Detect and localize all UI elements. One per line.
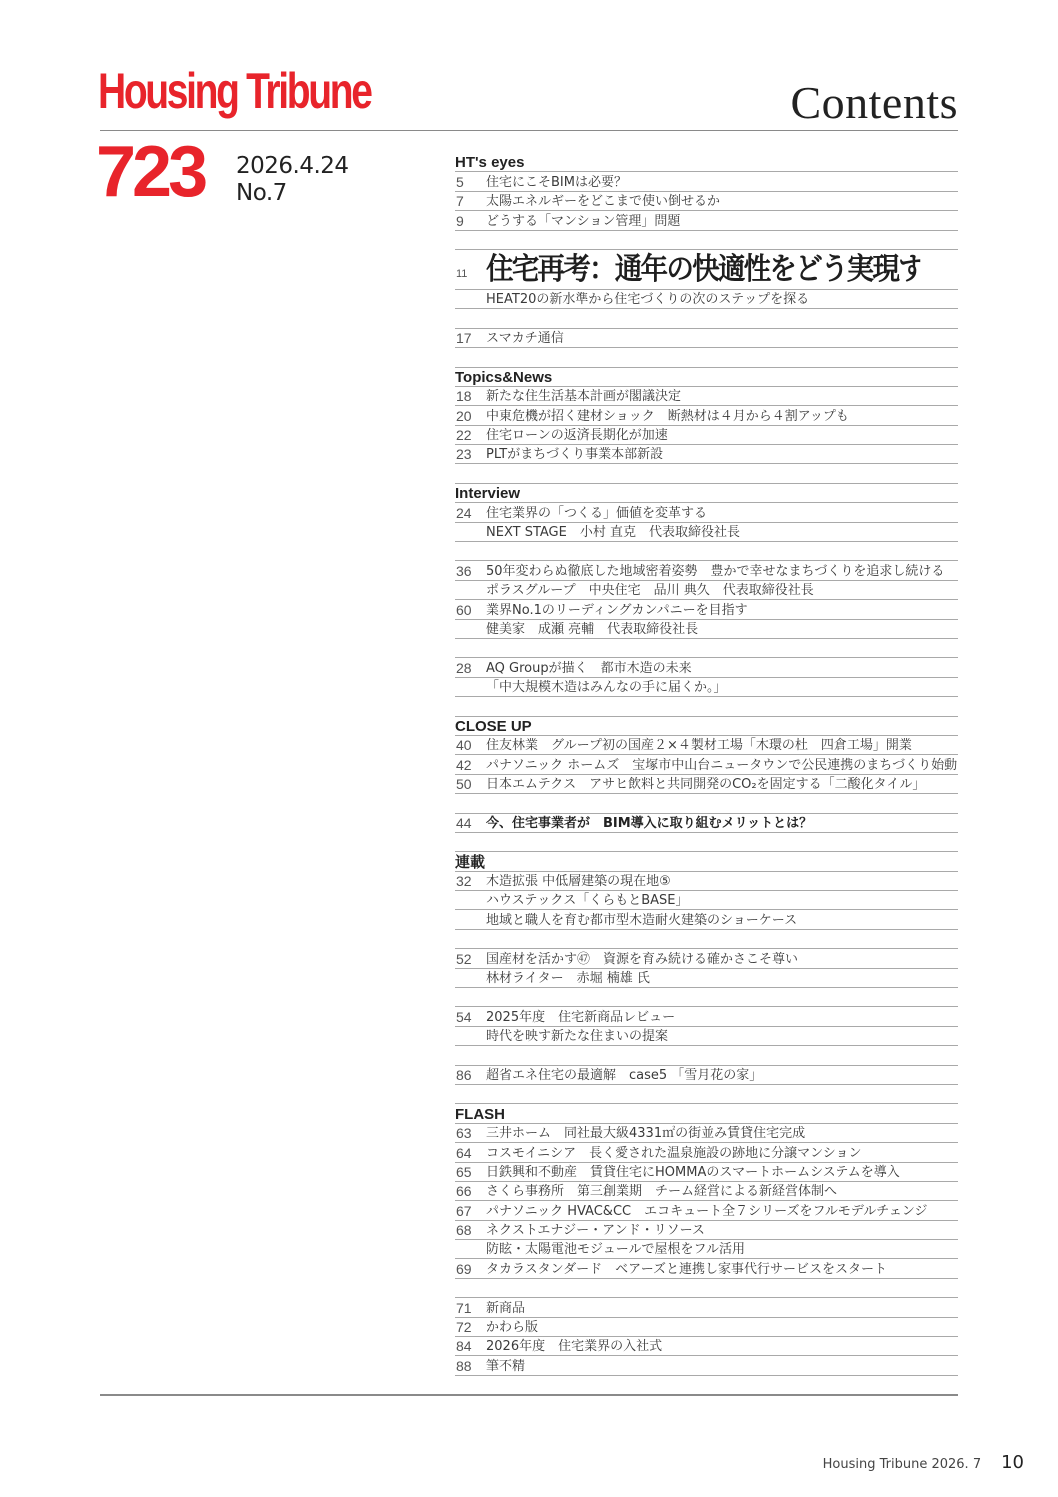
footer-publication: Housing Tribune 2026. 7 bbox=[823, 1457, 981, 1472]
toc-section-header: FLASH bbox=[455, 1104, 958, 1123]
toc-entry[interactable]: 50日本エムテクス アサヒ飲料と共同開発のCO₂を固定する「二酸化タイル」 bbox=[455, 775, 958, 794]
toc-entry-title: 防眩・太陽電池モジュールで屋根をフル活用 bbox=[486, 1241, 958, 1258]
toc-page-number: 54 bbox=[455, 1009, 486, 1026]
toc-page-number: 66 bbox=[455, 1183, 486, 1200]
toc-page-number: 20 bbox=[455, 408, 486, 425]
toc-page-number: 42 bbox=[455, 757, 486, 774]
toc-entry[interactable]: 42パナソニック ホームズ 宝塚市中山台ニュータウンで公民連携のまちづくり始動 bbox=[455, 755, 958, 774]
section-label: CLOSE UP bbox=[455, 718, 958, 735]
toc-entry-title: NEXT STAGE 小村 直克 代表取締役社長 bbox=[486, 524, 958, 541]
table-of-contents: HT's eyes5住宅にこそBIMは必要？7太陽エネルギーをどこまで使い倒せる… bbox=[455, 153, 958, 1376]
toc-entry[interactable]: 54 2025年度 住宅新商品レビュー bbox=[455, 1007, 958, 1026]
toc-subtitle[interactable]: 「中大規模木造はみんなの手に届くか。」 bbox=[455, 678, 958, 697]
toc-page-number: 71 bbox=[455, 1300, 486, 1317]
toc-entry-title: かわら版 bbox=[486, 1319, 958, 1336]
toc-spacer bbox=[455, 930, 958, 949]
toc-entry-title: HEAT20の新水準から住宅づくりの次のステップを探る bbox=[486, 291, 958, 308]
toc-entry-title: ポラスグループ 中央住宅 品川 典久 代表取締役社長 bbox=[486, 582, 958, 599]
toc-entry[interactable]: 9どうする「マンション管理」問題 bbox=[455, 211, 958, 230]
toc-entry-title: パナソニック HVAC&CC エコキュート全７シリーズをフルモデルチェンジ bbox=[486, 1203, 958, 1220]
toc-entry-title: 住宅にこそBIMは必要？ bbox=[486, 174, 958, 191]
section-label: Interview bbox=[455, 485, 958, 502]
toc-subtitle[interactable]: 地域と職人を育む都市型木造耐火建築のショーケース bbox=[455, 910, 958, 929]
toc-page-number: 23 bbox=[455, 446, 486, 463]
toc-entry-title: 国産材を活かす㊼ 資源を育み続ける確かさこそ尊い bbox=[486, 951, 958, 968]
toc-entry-title: タカラスタンダード ベアーズと連携し家事代行サービスをスタート bbox=[486, 1261, 958, 1278]
toc-subtitle[interactable]: 時代を映す新たな住まいの提案 bbox=[455, 1027, 958, 1046]
toc-spacer bbox=[455, 231, 958, 250]
toc-entry[interactable]: 18新たな住生活基本計画が閣議決定 bbox=[455, 387, 958, 406]
toc-entry[interactable]: 52国産材を活かす㊼ 資源を育み続ける確かさこそ尊い bbox=[455, 949, 958, 968]
toc-entry-title: 2026年度 住宅業界の入社式 bbox=[486, 1338, 958, 1355]
toc-page-number: 11 bbox=[455, 266, 486, 289]
toc-page-number: 28 bbox=[455, 660, 486, 677]
toc-spacer bbox=[455, 988, 958, 1007]
toc-subtitle[interactable]: 防眩・太陽電池モジュールで屋根をフル活用 bbox=[455, 1240, 958, 1259]
toc-subtitle[interactable]: HEAT20の新水準から住宅づくりの次のステップを探る bbox=[455, 290, 958, 309]
toc-entry-title: 住宅再考：通年の快適性をどう実現するか bbox=[486, 251, 920, 289]
toc-entry-title: 超省エネ住宅の最適解 case5 「雪月花の家」 bbox=[486, 1067, 958, 1084]
toc-page-number: 24 bbox=[455, 505, 486, 522]
toc-entry[interactable]: 5住宅にこそBIMは必要？ bbox=[455, 172, 958, 191]
footer-divider bbox=[100, 1394, 958, 1396]
toc-entry[interactable]: 60業界No.1のリーディングカンパニーを目指す bbox=[455, 600, 958, 619]
toc-entry-title: スマカチ通信 bbox=[486, 330, 958, 347]
toc-entry[interactable]: 32木造拡張 中低層建築の現在地⑤ bbox=[455, 872, 958, 891]
toc-spacer bbox=[455, 1085, 958, 1104]
toc-entry-title: どうする「マンション管理」問題 bbox=[486, 213, 958, 230]
page-footer: Housing Tribune 2026. 7 10 bbox=[823, 1452, 1024, 1473]
toc-entry[interactable]: 24住宅業界の「つくる」価値を変革する bbox=[455, 503, 958, 522]
toc-spacer bbox=[455, 542, 958, 561]
toc-page-number: 86 bbox=[455, 1067, 486, 1084]
toc-page-number: 67 bbox=[455, 1203, 486, 1220]
toc-page-number: 17 bbox=[455, 330, 486, 347]
toc-entry-title: パナソニック ホームズ 宝塚市中山台ニュータウンで公民連携のまちづくり始動 bbox=[486, 757, 958, 774]
toc-entry[interactable]: 63三井ホーム 同社最大級4331㎡の街並み賃貸住宅完成 bbox=[455, 1124, 958, 1143]
toc-entry[interactable]: 28AQ Groupが描く 都市木造の未来 bbox=[455, 658, 958, 677]
toc-entry-title: ハウステックス「くらもとBASE」 bbox=[486, 892, 958, 909]
toc-spacer bbox=[455, 833, 958, 852]
toc-section-header: Topics&News bbox=[455, 368, 958, 387]
toc-entry[interactable]: 22住宅ローンの返済長期化が加速 bbox=[455, 426, 958, 445]
toc-entry-title: コスモイニシア 長く愛された温泉施設の跡地に分譲マンション bbox=[486, 1145, 958, 1162]
toc-page-number: 69 bbox=[455, 1261, 486, 1278]
housing-tribune-logo: Housing Tribune bbox=[98, 60, 371, 122]
toc-entry[interactable]: 86超省エネ住宅の最適解 case5 「雪月花の家」 bbox=[455, 1066, 958, 1085]
toc-entry-title: ネクストエナジー・アンド・リソース bbox=[486, 1222, 958, 1239]
toc-entry[interactable]: 71新商品 bbox=[455, 1298, 958, 1317]
toc-page-number: 72 bbox=[455, 1319, 486, 1336]
toc-section-header: HT's eyes bbox=[455, 153, 958, 172]
toc-entry[interactable]: 72かわら版 bbox=[455, 1318, 958, 1337]
issue-number: 723 bbox=[96, 136, 204, 208]
toc-entry[interactable]: 68ネクストエナジー・アンド・リソース bbox=[455, 1221, 958, 1240]
toc-section-header: Interview bbox=[455, 484, 958, 503]
toc-entry[interactable]: 64コスモイニシア 長く愛された温泉施設の跡地に分譲マンション bbox=[455, 1143, 958, 1162]
toc-spacer bbox=[455, 309, 958, 328]
toc-page-number: 32 bbox=[455, 873, 486, 890]
toc-entry-title: 筆不精 bbox=[486, 1358, 958, 1375]
toc-entry[interactable]: 88筆不精 bbox=[455, 1356, 958, 1375]
section-label: 連載 bbox=[455, 854, 958, 871]
toc-entry[interactable]: 44今、住宅事業者が BIM導入に取り組むメリットとは？ bbox=[455, 814, 958, 833]
toc-spacer bbox=[455, 348, 958, 367]
toc-spacer bbox=[455, 794, 958, 813]
toc-spacer bbox=[455, 697, 958, 716]
toc-entry[interactable]: 20中東危機が招く建材ショック 断熱材は４月から４割アップも bbox=[455, 406, 958, 425]
toc-entry-title: 三井ホーム 同社最大級4331㎡の街並み賃貸住宅完成 bbox=[486, 1125, 958, 1142]
toc-page-number: 68 bbox=[455, 1222, 486, 1239]
page-number: 10 bbox=[1001, 1452, 1024, 1473]
toc-entry-title: 日本エムテクス アサヒ飲料と共同開発のCO₂を固定する「二酸化タイル」 bbox=[486, 776, 958, 793]
toc-spacer bbox=[455, 1279, 958, 1298]
toc-entry-title: 中東危機が招く建材ショック 断熱材は４月から４割アップも bbox=[486, 408, 958, 425]
toc-page-number: 52 bbox=[455, 951, 486, 968]
toc-entry[interactable]: 69タカラスタンダード ベアーズと連携し家事代行サービスをスタート bbox=[455, 1259, 958, 1278]
toc-page-number: 50 bbox=[455, 776, 486, 793]
toc-entry[interactable]: 67パナソニック HVAC&CC エコキュート全７シリーズをフルモデルチェンジ bbox=[455, 1201, 958, 1220]
toc-spacer bbox=[455, 464, 958, 483]
toc-page-number: 44 bbox=[455, 815, 486, 832]
header-divider bbox=[100, 130, 958, 131]
toc-spacer bbox=[455, 639, 958, 658]
toc-page-number: 22 bbox=[455, 427, 486, 444]
toc-page-number: 36 bbox=[455, 563, 486, 580]
toc-entry-title: 日鉄興和不動産 賃貸住宅にHOMMAのスマートホームシステムを導入 bbox=[486, 1164, 958, 1181]
toc-entry-title: 健美家 成瀬 亮輔 代表取締役社長 bbox=[486, 621, 958, 638]
section-label: HT's eyes bbox=[455, 154, 958, 171]
toc-page-number: 18 bbox=[455, 388, 486, 405]
toc-subtitle[interactable]: 林材ライター 赤堀 楠雄 氏 bbox=[455, 969, 958, 988]
toc-page-number: 84 bbox=[455, 1338, 486, 1355]
toc-entry-title: 住宅ローンの返済長期化が加速 bbox=[486, 427, 958, 444]
toc-entry[interactable]: 842026年度 住宅業界の入社式 bbox=[455, 1337, 958, 1356]
toc-entry-title: 太陽エネルギーをどこまで使い倒せるか bbox=[486, 193, 958, 210]
issue-no: No.7 bbox=[236, 180, 287, 206]
toc-entry-title: 木造拡張 中低層建築の現在地⑤ bbox=[486, 873, 958, 890]
toc-page-number: 64 bbox=[455, 1145, 486, 1162]
toc-entry[interactable]: 11住宅再考：通年の快適性をどう実現するか bbox=[455, 250, 958, 290]
toc-entry-title: 2025年度 住宅新商品レビュー bbox=[486, 1009, 958, 1026]
issue-date: 2026.4.24 bbox=[236, 153, 349, 179]
toc-entry[interactable]: 7太陽エネルギーをどこまで使い倒せるか bbox=[455, 192, 958, 211]
toc-entry-title: 時代を映す新たな住まいの提案 bbox=[486, 1028, 958, 1045]
toc-entry-title: 住宅業界の「つくる」価値を変革する bbox=[486, 505, 958, 522]
toc-subtitle[interactable]: ポラスグループ 中央住宅 品川 典久 代表取締役社長 bbox=[455, 581, 958, 600]
toc-page-number: 65 bbox=[455, 1164, 486, 1181]
toc-page-number: 9 bbox=[455, 213, 486, 230]
toc-entry[interactable]: 40住友林業 グループ初の国産２×４製材工場「木環の杜 四倉工場」開業 bbox=[455, 736, 958, 755]
toc-subtitle[interactable]: ハウステックス「くらもとBASE」 bbox=[455, 891, 958, 910]
toc-entry-title: 新商品 bbox=[486, 1300, 958, 1317]
toc-section-header: CLOSE UP bbox=[455, 717, 958, 736]
toc-entry[interactable]: 65日鉄興和不動産 賃貸住宅にHOMMAのスマートホームシステムを導入 bbox=[455, 1163, 958, 1182]
toc-subtitle[interactable]: NEXT STAGE 小村 直克 代表取締役社長 bbox=[455, 523, 958, 542]
toc-entry[interactable]: 23PLTがまちづくり事業本部新設 bbox=[455, 445, 958, 464]
toc-subtitle[interactable]: 健美家 成瀬 亮輔 代表取締役社長 bbox=[455, 620, 958, 639]
toc-section-header: 連載 bbox=[455, 852, 958, 871]
toc-page-number: 7 bbox=[455, 193, 486, 210]
toc-page-number: 60 bbox=[455, 602, 486, 619]
toc-spacer bbox=[455, 1046, 958, 1065]
toc-entry[interactable]: 3650年変わらぬ徹底した地域密着姿勢 豊かで幸せなまちづくりを追求し続ける bbox=[455, 561, 958, 580]
toc-page-number: 40 bbox=[455, 737, 486, 754]
toc-entry-title: 「中大規模木造はみんなの手に届くか。」 bbox=[486, 679, 958, 696]
toc-entry-title: 新たな住生活基本計画が閣議決定 bbox=[486, 388, 958, 405]
toc-entry-title: 業界No.1のリーディングカンパニーを目指す bbox=[486, 602, 958, 619]
toc-entry-title: 今、住宅事業者が BIM導入に取り組むメリットとは？ bbox=[486, 815, 958, 832]
toc-page-number: 63 bbox=[455, 1125, 486, 1142]
toc-entry-title: 住友林業 グループ初の国産２×４製材工場「木環の杜 四倉工場」開業 bbox=[486, 737, 958, 754]
toc-entry-title: 50年変わらぬ徹底した地域密着姿勢 豊かで幸せなまちづくりを追求し続ける bbox=[486, 563, 958, 580]
page-title: Contents bbox=[790, 78, 958, 128]
toc-entry-title: さくら事務所 第三創業期 チーム経営による新経営体制へ bbox=[486, 1183, 958, 1200]
toc-page-number: 5 bbox=[455, 174, 486, 191]
toc-entry-title: PLTがまちづくり事業本部新設 bbox=[486, 446, 958, 463]
toc-page-number: 88 bbox=[455, 1358, 486, 1375]
toc-entry-title: AQ Groupが描く 都市木造の未来 bbox=[486, 660, 958, 677]
toc-entry[interactable]: 17スマカチ通信 bbox=[455, 329, 958, 348]
toc-entry-title: 林材ライター 赤堀 楠雄 氏 bbox=[486, 970, 958, 987]
toc-entry-title: 地域と職人を育む都市型木造耐火建築のショーケース bbox=[486, 912, 958, 929]
section-label: Topics&News bbox=[455, 369, 958, 386]
section-label: FLASH bbox=[455, 1106, 958, 1123]
toc-entry[interactable]: 66さくら事務所 第三創業期 チーム経営による新経営体制へ bbox=[455, 1182, 958, 1201]
